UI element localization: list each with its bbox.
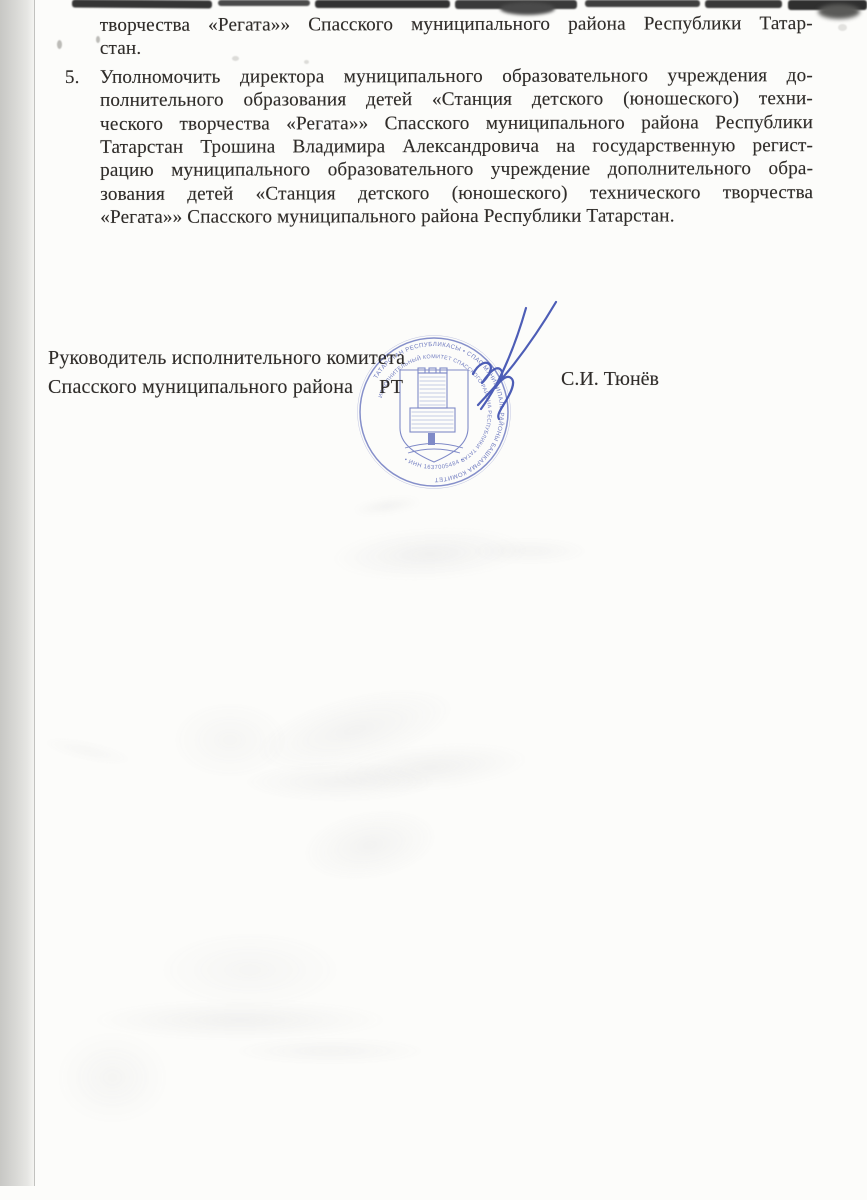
seal-emblem-shield [400,368,468,462]
bleed-through-mark [39,732,136,769]
seal-inn-text: • ИНН 1637005484 • [403,457,465,471]
official-seal: ТАТАРСТАН РЕСПУБЛИКАСЫ • СПАС МУНИЦИПАЛЬ… [350,282,590,512]
scanner-edge-strip [0,0,35,1186]
bleed-through-mark [55,1030,170,1125]
body-line: Татарстан Трошина Владимира Александрови… [100,134,813,159]
paper-speck [838,24,847,31]
scan-band-blob [818,4,860,19]
list-item-number: 5. [65,66,80,89]
seal-inn-ring: • ИНН 1637005484 • [403,457,465,471]
scan-band-blob [218,0,310,6]
scan-band-blob [72,0,212,8]
body-line: рацию муниципального образовательного уч… [100,158,813,183]
body-line: стан. [100,35,813,60]
paper-speck [57,40,62,49]
body-line: Уполномочить директора муниципального об… [100,64,813,89]
body-line: полнительного образования детей «Станция… [100,87,813,112]
body-line: ческого творчества «Регата»» Спасского м… [100,111,813,136]
scan-band-blob [705,0,782,8]
bleed-through-mark [295,798,445,891]
scan-band-blob [315,0,450,8]
body-line: «Регата»» Спасского муниципального район… [100,204,813,229]
list-item-5: 5. Уполномочить директора муниципального… [100,64,813,230]
bleed-through-mark [230,1038,430,1064]
bleed-through-mark [470,538,590,564]
body-line: зования детей «Станция детского (юношеск… [100,181,813,206]
scanned-page: творчества «Регата»» Спасского муниципал… [0,0,867,1200]
document-body: творчества «Регата»» Спасского муниципал… [100,12,814,230]
bleed-through-mark [170,700,290,780]
bleed-through-mark [155,930,345,1010]
handwritten-signature [473,302,556,419]
body-line: творчества «Регата»» Спасского муниципал… [100,12,813,37]
scan-band-blob [585,0,700,7]
